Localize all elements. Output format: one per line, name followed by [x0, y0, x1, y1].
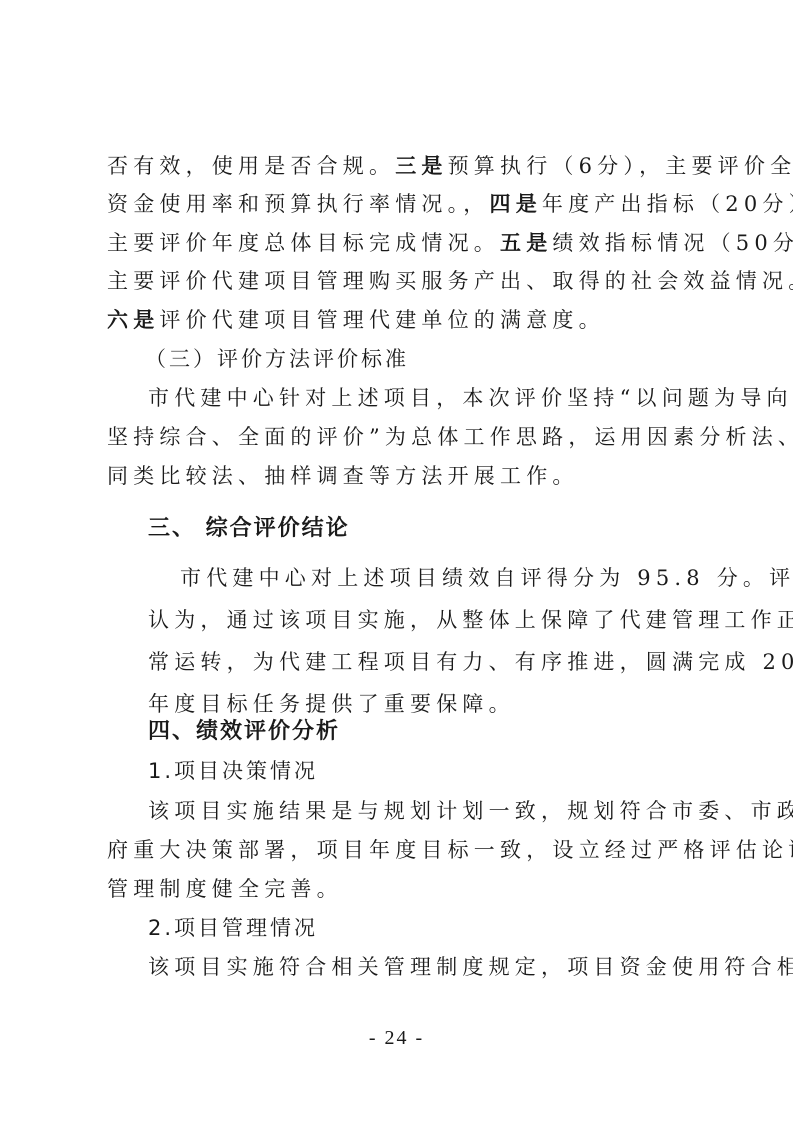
text: 主要评价年度总体目标完成情况。	[107, 231, 500, 255]
bold-text: 六是	[107, 308, 159, 332]
bold-text: 四是	[490, 192, 542, 216]
item-title: 2.项目管理情况	[148, 914, 318, 942]
text: 预算执行（6分），主要评价全年	[448, 154, 793, 178]
body-line: 府重大决策部署，项目年度目标一致，设立经过严格评估论证，	[107, 836, 793, 864]
body-line: 同类比较法、抽样调查等方法开展工作。	[107, 462, 579, 490]
body-line: 年度目标任务提供了重要保障。	[148, 690, 515, 718]
body-line: 市代建中心对上述项目绩效自评得分为 95.8 分。评价	[180, 564, 793, 592]
body-line: 六是评价代建项目管理代建单位的满意度。	[107, 306, 605, 334]
body-line: 市代建中心针对上述项目，本次评价坚持“以问题为导向、	[148, 384, 793, 412]
text: 年度产出指标（20分），	[542, 192, 793, 216]
body-line: 主要评价代建项目管理购买服务产出、取得的社会效益情况。	[107, 267, 793, 295]
text: 否有效，使用是否合规。	[107, 154, 395, 178]
text: 资金使用率和预算执行率情况。，	[107, 192, 490, 216]
body-line: 该项目实施符合相关管理制度规定，项目资金使用符合相	[148, 953, 793, 981]
body-line: 否有效，使用是否合规。三是预算执行（6分），主要评价全年	[107, 152, 793, 180]
bold-text: 三是	[395, 154, 447, 178]
text: 评价代建项目管理代建单位的满意度。	[159, 308, 604, 332]
section-title: 四、绩效评价分析	[148, 718, 340, 746]
body-line: 资金使用率和预算执行率情况。，四是年度产出指标（20分），	[107, 190, 793, 218]
subsection-title: （三）评价方法评价标准	[145, 345, 409, 373]
text: 绩效指标情况（50分），	[552, 231, 793, 255]
page-number: - 24 -	[0, 1027, 793, 1050]
body-line: 主要评价年度总体目标完成情况。五是绩效指标情况（50分），	[107, 229, 793, 257]
body-line: 认为，通过该项目实施，从整体上保障了代建管理工作正	[148, 606, 793, 634]
body-line: 坚持综合、全面的评价”为总体工作思路，运用因素分析法、	[107, 423, 793, 451]
body-line: 常运转，为代建工程项目有力、有序推进，圆满完成 2021	[148, 648, 793, 676]
section-title: 三、 综合评价结论	[148, 515, 350, 543]
item-title: 1.项目决策情况	[148, 757, 318, 785]
body-line: 该项目实施结果是与规划计划一致，规划符合市委、市政	[148, 797, 793, 825]
body-line: 管理制度健全完善。	[107, 875, 343, 903]
bold-text: 五是	[500, 231, 552, 255]
text: 主要评价代建项目管理购买服务产出、取得的社会效益情况。	[107, 269, 793, 293]
